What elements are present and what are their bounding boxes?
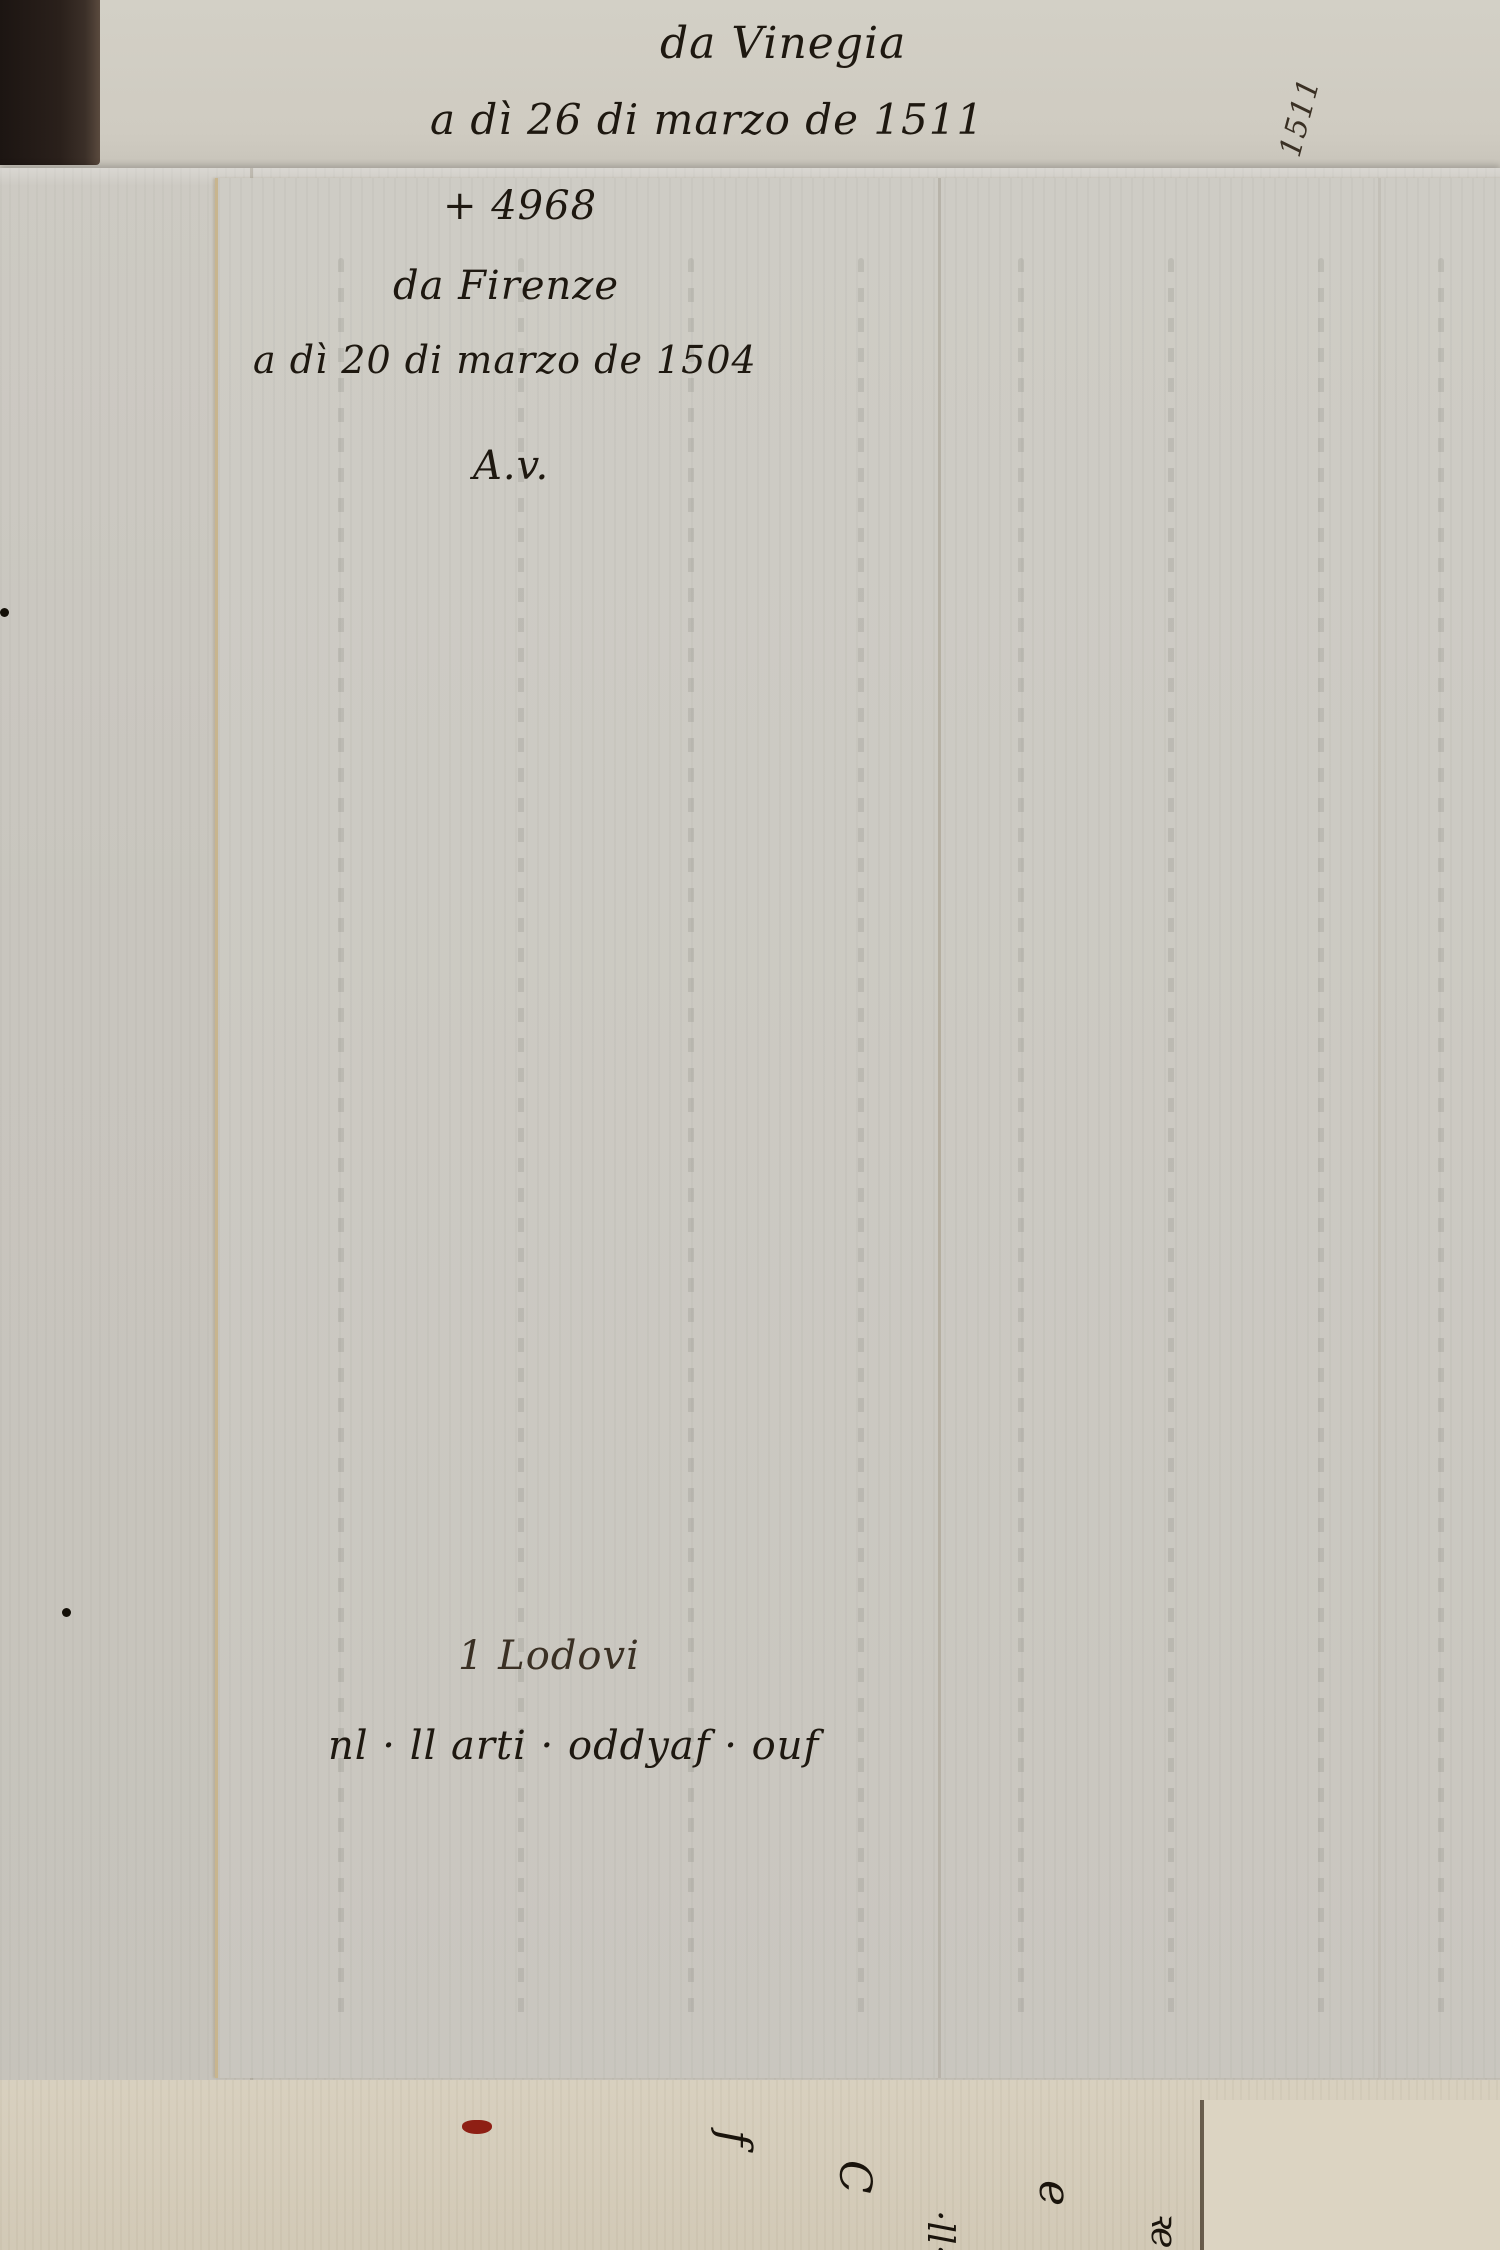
upper-endorsement-place: da Vinegia [660, 18, 906, 69]
lower-letter-sheet: f C e ·ll· ꝛe [0, 2080, 1500, 2250]
bleed-through-text [1018, 258, 1024, 2018]
address-line-2: nl · ll arti · oddyaf · ouf [328, 1723, 819, 1769]
lower-right-panel [1204, 2100, 1500, 2250]
endorsement-date: a dì 20 di marzo de 1504 [253, 338, 757, 382]
lower-script-3: e [1029, 2180, 1080, 2206]
wax-seal-fragment [462, 2120, 492, 2134]
book-binding [0, 0, 100, 165]
notary-mark: A.v. [473, 443, 549, 489]
bleed-through-text [858, 258, 864, 2018]
ink-spot [0, 608, 9, 617]
address-line-1: 1 Lodovi [458, 1633, 640, 1679]
ink-spot [62, 1608, 71, 1617]
letter-flap: + 4968 da Firenze a dì 20 di marzo de 15… [215, 178, 1500, 2078]
upper-corner-mark: 1511 [1273, 74, 1328, 161]
fold-line [1378, 178, 1381, 2078]
lower-script-2: C [829, 2160, 880, 2194]
bleed-through-text [1318, 258, 1324, 2018]
main-letter-sheet: + 4968 da Firenze a dì 20 di marzo de 15… [0, 168, 1500, 2088]
upper-endorsement-date: a dì 26 di marzo de 1511 [430, 95, 984, 144]
lower-script-4: ·ll· [919, 2210, 960, 2250]
upper-letter-sheet: da Vinegia a dì 26 di marzo de 1511 1511 [100, 0, 1500, 190]
fold-line [938, 178, 941, 2078]
endorsement-place: da Firenze [393, 263, 619, 309]
registry-number: + 4968 [443, 183, 597, 229]
bleed-through-text [1438, 258, 1444, 2018]
lower-script-5: ꝛe [1141, 2210, 1190, 2248]
bleed-through-text [1168, 258, 1174, 2018]
manuscript-photo: da Vinegia a dì 26 di marzo de 1511 1511… [0, 0, 1500, 2250]
lower-script-1: f [709, 2130, 760, 2146]
